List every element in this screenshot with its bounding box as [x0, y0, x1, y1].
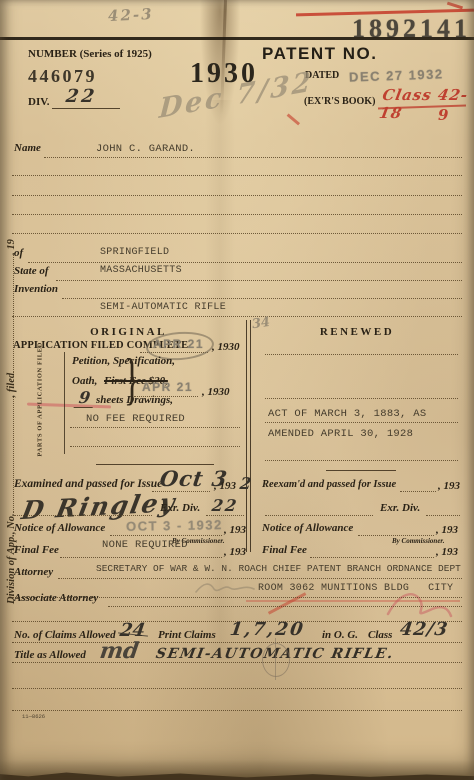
serial-number: 446079 [28, 66, 97, 87]
parts-date-stamp: APR 21 [142, 380, 193, 394]
torn-edge-mid [0, 760, 474, 780]
name-label: Name [14, 142, 41, 154]
red-corner-tick [287, 113, 300, 125]
reexam-year: , 193 [438, 480, 460, 492]
final-fee-label-renewed: Final Fee [262, 544, 307, 556]
notice-label: Notice of Allowance [14, 522, 105, 534]
form-number: 11—8626 [22, 713, 45, 720]
renewed-header: RENEWED [252, 322, 462, 340]
final-fee-year-renewed: , 193 [436, 546, 458, 558]
claims-label: No. of Claims Allowed [14, 629, 116, 641]
notice-year-renewed: , 193 [436, 524, 458, 536]
margin-filed-label: , filed [6, 373, 17, 398]
invention-label: Invention [14, 283, 58, 295]
div-value: 22 [65, 86, 99, 107]
pencil-circle-mark [262, 643, 290, 677]
patent-no-label: PATENT NO. [262, 44, 377, 64]
margin-line2 [4, 255, 14, 373]
torn-edge [0, 767, 474, 780]
parts-oath: Oath, [72, 375, 97, 387]
claims-rule [12, 642, 462, 643]
parts-margin-label-text: PARTS OF APPLICATION FILED [37, 342, 44, 456]
red-associate-stroke [268, 592, 306, 614]
pencil-scribble [194, 580, 256, 596]
dated-stamp: DEC 27 1932 [349, 66, 444, 84]
title-rule [12, 662, 462, 663]
patent-number-stamp: 1892141 [352, 14, 471, 44]
invention-value: SEMI-AUTOMATIC RIFLE [100, 302, 226, 313]
exr-div-label: Exr. Div. [160, 502, 200, 514]
invention-line2 [12, 316, 462, 317]
state-line [56, 280, 462, 281]
state-value: MASSACHUSETTS [100, 265, 182, 276]
number-series-label: NUMBER (Series of 1925) [28, 48, 152, 60]
act-line1-rule [265, 422, 458, 423]
of-line [28, 262, 462, 263]
filed-year: , 1930 [212, 341, 240, 353]
patent-file-wrapper: 42-3 1892141 NUMBER (Series of 1925) 446… [0, 0, 474, 780]
blank-line [12, 195, 462, 196]
title-allowed-label: Title as Allowed [14, 649, 86, 661]
class-note-sub: 9 [438, 106, 448, 124]
attorney-label: Attorney [14, 566, 53, 578]
renewed-blank-line3 [265, 460, 458, 461]
examined-year: , 193 [214, 480, 236, 492]
act-line2: AMENDED APRIL 30, 1928 [268, 428, 413, 440]
exr-div-value: 22 [211, 496, 240, 515]
notice-stamp: OCT 3 - 1932 [126, 517, 223, 534]
notice-line-renewed [358, 535, 434, 536]
print-claims-value: 1,7,20 [229, 619, 307, 640]
signature-line [14, 515, 152, 516]
reexam-div-prline [265, 515, 373, 516]
crease-column [205, 100, 235, 660]
div-line [52, 108, 120, 109]
renewed-blank-line2 [265, 398, 458, 399]
right-short-rule [326, 470, 396, 471]
blank-line [12, 214, 462, 215]
print-claims-label: Print Claims [158, 629, 216, 641]
exr-book-label: (EX'R'S BOOK) [304, 96, 375, 107]
blank-line [12, 233, 462, 234]
bottom-blank-line [12, 688, 462, 689]
attorney-line2: ROOM 3062 MUNITIONS BLDG CITY [258, 583, 453, 594]
reexam-div-line [426, 515, 460, 516]
margin-division-label: Division of App., No. [6, 513, 17, 604]
associate-line [108, 606, 462, 607]
parts-bracket-line [64, 352, 65, 454]
of-value: SPRINGFIELD [100, 247, 169, 258]
act-line1: ACT OF MARCH 3, 1883, AS [268, 408, 426, 420]
reexam-label: Reexam'd and passed for Issue [262, 479, 396, 490]
margin-year-label: , 19 [6, 239, 17, 255]
class-note: Class 42-18 [378, 86, 474, 122]
margin-line [4, 397, 14, 513]
notice-label-renewed: Notice of Allowance [262, 522, 353, 534]
no-fee-value: NO FEE REQUIRED [86, 413, 185, 425]
examined-label: Examined and passed for Issue [14, 478, 162, 490]
bottom-blank-line2 [12, 710, 462, 711]
state-label: State of [14, 265, 49, 277]
top-pencil-note: 42-3 [108, 5, 154, 25]
exr-div-line [206, 515, 244, 516]
by-commissioner-renewed: By Commissioner. [392, 537, 445, 545]
no-fee-line [70, 427, 240, 428]
final-fee-label: Final Fee [14, 544, 59, 556]
blank-line [12, 175, 462, 176]
notice-line [110, 535, 222, 536]
parts-margin-label: PARTS OF APPLICATION FILED [37, 347, 44, 457]
renewed-blank-line [265, 354, 458, 355]
og-class-value: 42/3 [399, 619, 450, 640]
left-short-rule [96, 464, 214, 465]
invention-line [62, 298, 462, 299]
name-value: JOHN C. GARAND. [96, 143, 195, 155]
og-label: in O. G. [322, 629, 358, 641]
red-top-tick [447, 2, 463, 9]
attorney-value: SECRETARY OF WAR & W. N. ROACH CHIEF PAT… [96, 563, 461, 574]
parts-year: , 1930 [202, 386, 230, 398]
renewed-header-text: RENEWED [320, 326, 394, 338]
table-pencil-note: 34 [251, 315, 271, 332]
column-divider [246, 320, 251, 552]
final-fee-value: NONE REQUIRED [102, 539, 188, 551]
top-rule [0, 37, 474, 40]
final-fee-line [60, 557, 222, 558]
left-blank-line [70, 446, 240, 447]
final-fee-line-renewed [310, 557, 434, 558]
margin-division-note: Division of App., No., filed, 19 [4, 164, 17, 604]
pencil-circle-line [275, 638, 276, 680]
final-fee-year: , 193 [224, 546, 246, 558]
div-label: DIV. [28, 96, 50, 108]
associate-label: Associate Attorney [14, 592, 98, 604]
monogram: md [98, 638, 140, 664]
sheets-count: 9 [74, 388, 96, 408]
reexam-line [400, 491, 436, 492]
attorney-line [58, 578, 462, 579]
parts-date-line [134, 396, 198, 397]
reexam-exr-div-label: Exr. Div. [380, 502, 420, 514]
notice-year: , 193 [224, 524, 246, 536]
class-label: Class [368, 629, 392, 641]
name-line [44, 157, 462, 158]
parts-brace: } [124, 346, 140, 411]
